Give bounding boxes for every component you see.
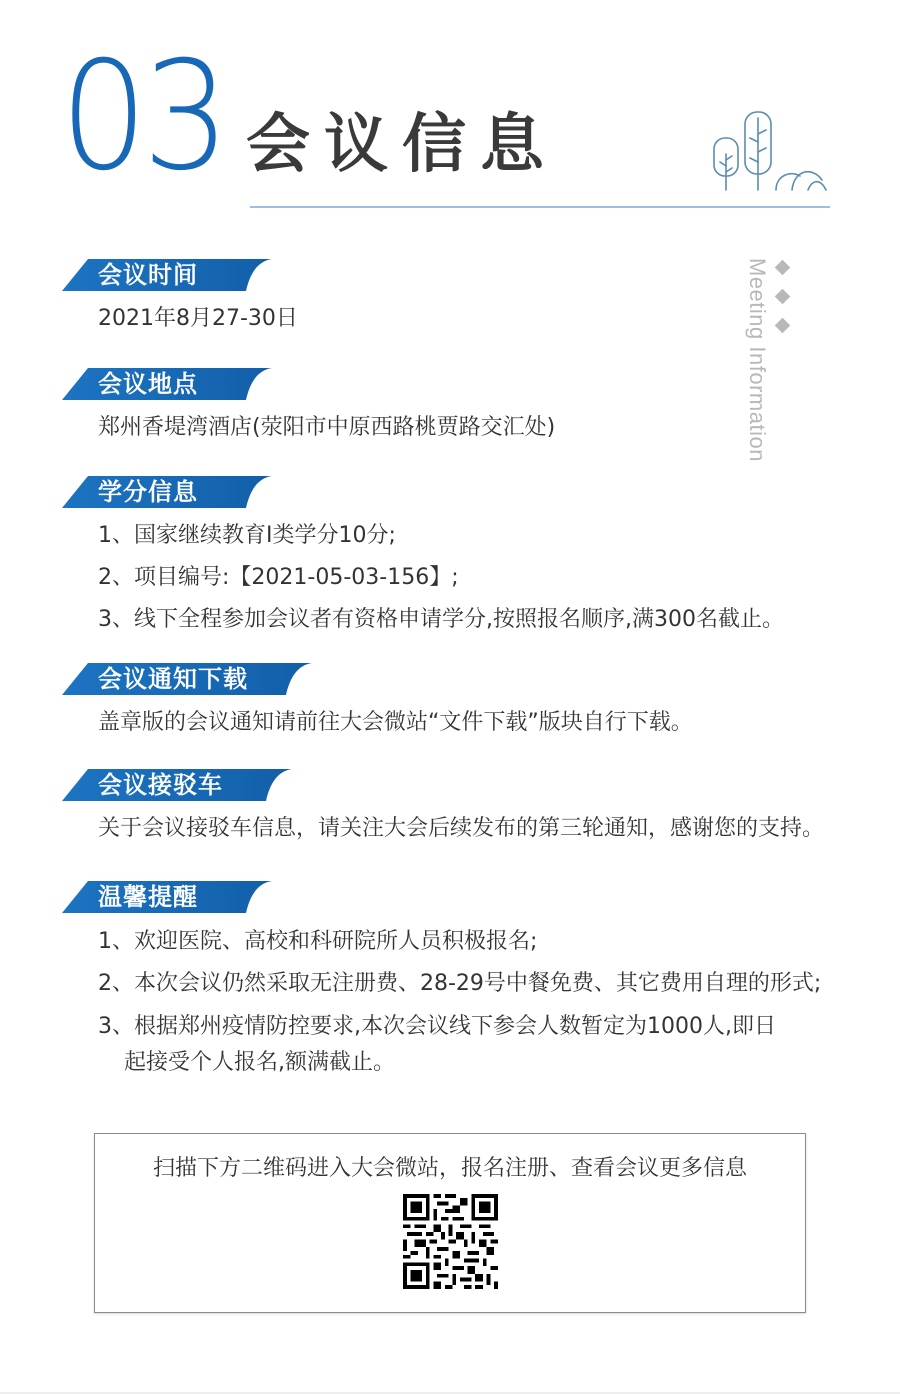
side-label: Meeting Information bbox=[744, 258, 770, 462]
section-number: 03 bbox=[60, 42, 225, 192]
section-label: 学分信息 bbox=[98, 476, 198, 508]
trees-illustration-icon bbox=[700, 100, 840, 200]
qr-caption: 扫描下方二维码进入大会微站，报名注册、查看会议更多信息 bbox=[95, 1154, 805, 1184]
credit-line-1: 1、国家继续教育Ⅰ类学分10分; bbox=[98, 521, 396, 551]
credit-line-2: 2、项目编号:【2021-05-03-156】; bbox=[98, 563, 459, 593]
section-label: 会议地点 bbox=[98, 368, 198, 400]
page-title: 会议信息 bbox=[246, 110, 558, 180]
qr-panel: 扫描下方二维码进入大会微站，报名注册、查看会议更多信息 bbox=[94, 1133, 806, 1313]
reminder-line-1: 1、欢迎医院、高校和科研院所人员积极报名; bbox=[98, 927, 537, 957]
section-label: 温馨提醒 bbox=[98, 881, 198, 913]
title-divider bbox=[250, 206, 830, 208]
diamond-icon bbox=[775, 289, 791, 305]
venue-text: 郑州香堤湾酒店(荥阳市中原西路桃贾路交汇处) bbox=[98, 413, 555, 443]
reminder-line-2: 2、本次会议仍然采取无注册费、28-29号中餐免费、其它费用自理的形式; bbox=[98, 969, 821, 999]
diamond-decoration bbox=[772, 258, 796, 349]
section-label: 会议时间 bbox=[98, 259, 198, 291]
reminder-line-3-cont: 起接受个人报名,额满截止。 bbox=[124, 1048, 395, 1078]
download-text: 盖章版的会议通知请前往大会微站“文件下载”版块自行下载。 bbox=[98, 708, 693, 738]
shuttle-text: 关于会议接驳车信息，请关注大会后续发布的第三轮通知，感谢您的支持。 bbox=[98, 814, 824, 844]
diamond-icon bbox=[775, 318, 791, 334]
section-label: 会议通知下载 bbox=[98, 663, 248, 695]
diamond-icon bbox=[775, 260, 791, 276]
event-date: 2021年8月27-30日 bbox=[98, 304, 298, 334]
reminder-line-3: 3、根据郑州疫情防控要求,本次会议线下参会人数暂定为1000人,即日 bbox=[98, 1012, 776, 1042]
credit-line-3: 3、线下全程参加会议者有资格申请学分,按照报名顺序,满300名截止。 bbox=[98, 605, 784, 635]
section-label: 会议接驳车 bbox=[98, 769, 223, 801]
qr-code-icon[interactable] bbox=[403, 1194, 498, 1289]
